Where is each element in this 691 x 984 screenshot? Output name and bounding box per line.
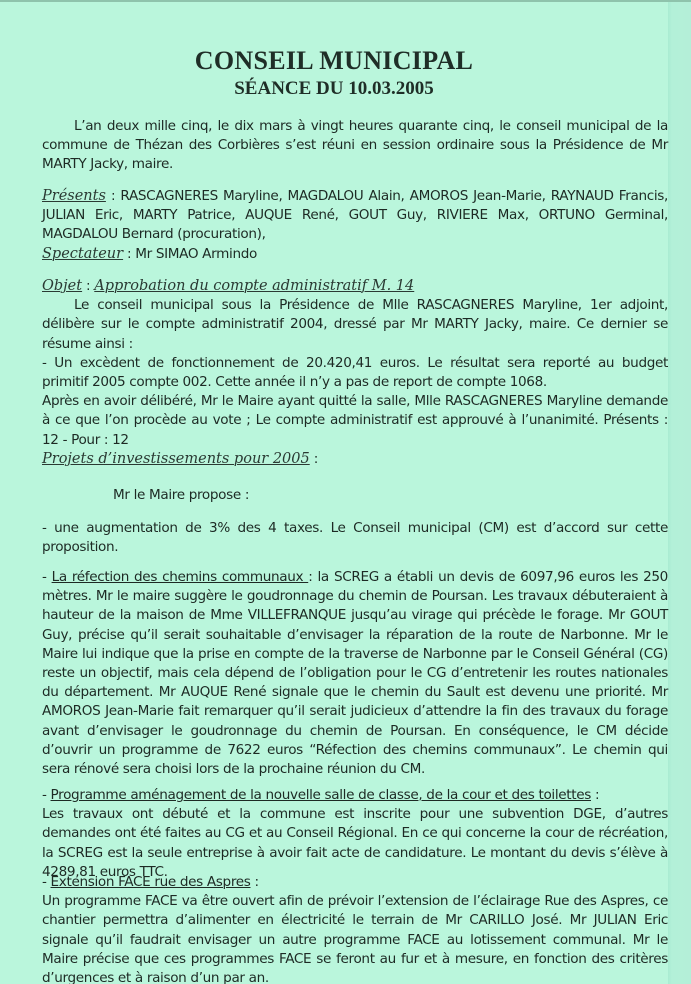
objet-paragraph-2: - Un excèdent de fonctionnement de 20.42…: [42, 354, 668, 392]
projets-title: Projets d’investissements pour 2005: [42, 451, 310, 467]
item-title: Programme aménagement de la nouvelle sal…: [51, 787, 591, 803]
scan-edge: [668, 0, 691, 984]
item-title: La réfection des chemins communaux: [52, 569, 309, 585]
proposal-intro: Mr le Maire propose :: [113, 486, 613, 505]
item-prefix: -: [42, 569, 52, 585]
item-text: Les travaux ont débuté et la commune est…: [42, 805, 668, 882]
spectator-name: : Mr SIMAO Armindo: [123, 246, 257, 262]
project-item-face: - Extension FACE rue des Aspres : Un pro…: [42, 873, 668, 984]
presents-list: : RASCAGNERES Maryline, MAGDALOU Alain, …: [42, 188, 668, 242]
project-item-chemins: - La réfection des chemins communaux : l…: [42, 568, 668, 779]
item-suffix: :: [591, 787, 599, 803]
objet-paragraph-3: Après en avoir délibéré, Mr le Maire aya…: [42, 392, 668, 450]
objet-section: Objet : Approbation du compte administra…: [42, 277, 668, 450]
projets-title-suffix: :: [310, 451, 318, 467]
item-prefix: -: [42, 787, 51, 803]
scan-top-border: [0, 0, 691, 2]
intro-paragraph: L’an deux mille cinq, le dix mars à ving…: [42, 117, 668, 175]
attendance-paragraph: Présents : RASCAGNERES Maryline, MAGDALO…: [42, 187, 668, 264]
session-date: SÉANCE DU 10.03.2005: [0, 78, 668, 100]
item-title: Extension FACE rue des Aspres: [51, 874, 251, 890]
objet-title: Approbation du compte administratif M. 1…: [94, 278, 414, 294]
projets-heading: Projets d’investissements pour 2005 :: [42, 450, 668, 469]
spectator-label: Spectateur: [42, 246, 123, 262]
item-text: : la SCREG a établi un devis de 6097,96 …: [42, 569, 668, 777]
objet-paragraph-1: Le conseil municipal sous la Présidence …: [42, 296, 668, 354]
objet-label: Objet: [42, 278, 82, 294]
item-text: Un programme FACE va être ouvert afin de…: [42, 892, 668, 984]
presents-label: Présents: [42, 188, 106, 204]
project-item-salle-classe: - Programme aménagement de la nouvelle s…: [42, 786, 668, 882]
item-prefix: -: [42, 874, 51, 890]
objet-separator: :: [82, 278, 94, 294]
item-suffix: :: [251, 874, 259, 890]
taxes-proposal: - une augmentation de 3% des 4 taxes. Le…: [42, 519, 668, 557]
document-title: CONSEIL MUNICIPAL: [0, 46, 668, 76]
